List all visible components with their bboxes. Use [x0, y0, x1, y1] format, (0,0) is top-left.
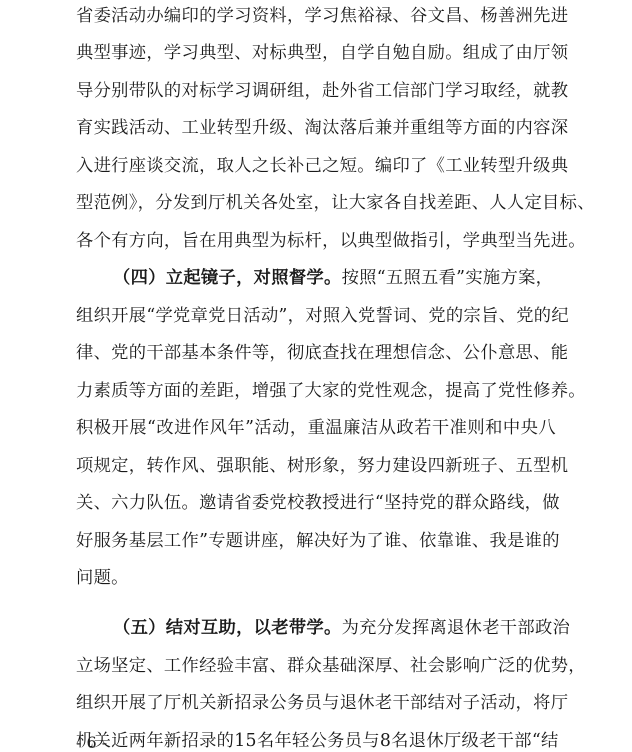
- document-page: 省委活动办编印的学习资料，学习焦裕禄、谷文昌、杨善洲先进 典型事迹，学习典型、对…: [0, 0, 632, 752]
- section-5-heading: （五）结对互助，以老带学。: [113, 618, 342, 638]
- paragraph-line: 项规定，转作风、强职能、树形象，努力建设四新班子、五型机: [76, 451, 556, 481]
- paragraph-line: 组织开展了厅机关新招录公务员与退休老干部结对子活动，将厅: [76, 688, 556, 718]
- paragraph-line: 入进行座谈交流，取人之长补己之短。编印了《工业转型升级典: [76, 151, 556, 181]
- section-5-first-line: （五）结对互助，以老带学。为充分发挥离退休老干部政治: [113, 613, 556, 643]
- section-4-first-line: （四）立起镜子，对照督学。按照“五照五看”实施方案，: [113, 263, 556, 293]
- paragraph-line: 问题。: [76, 563, 556, 593]
- paragraph-line: 律、党的干部基本条件等，彻底查找在理想信念、公仆意思、能: [76, 338, 556, 368]
- section-4-text: 按照“五照五看”实施方案，: [342, 268, 554, 288]
- paragraph-line: 各个有方向，旨在用典型为标杆，以典型做指引，学典型当先进。: [76, 226, 556, 256]
- paragraph-line: 组织开展“学党章党日活动”，对照入党誓词、党的宗旨、党的纪: [76, 301, 556, 331]
- page-number: - 6 -: [76, 731, 107, 752]
- paragraph-line: 省委活动办编印的学习资料，学习焦裕禄、谷文昌、杨善洲先进: [76, 1, 556, 31]
- paragraph-line: 型范例》，分发到厅机关各处室，让大家各自找差距、人人定目标、: [76, 188, 556, 218]
- paragraph-line: 机关近两年新招录的15名年轻公务员与8名退休厅级老干部“结: [76, 726, 556, 752]
- paragraph-line: 育实践活动、工业转型升级、淘汰落后兼并重组等方面的内容深: [76, 113, 556, 143]
- paragraph-line: 典型事迹，学习典型、对标典型，自学自勉自励。组成了由厅领: [76, 38, 556, 68]
- section-5-text: 为充分发挥离退休老干部政治: [342, 618, 571, 638]
- paragraph-line: 立场坚定、工作经验丰富、群众基础深厚、社会影响广泛的优势，: [76, 651, 556, 681]
- paragraph-line: 积极开展“改进作风年”活动，重温廉洁从政若干准则和中央八: [76, 413, 556, 443]
- paragraph-line: 导分别带队的对标学习调研组，赴外省工信部门学习取经，就教: [76, 76, 556, 106]
- paragraph-line: 关、六力队伍。邀请省委党校教授进行“坚持党的群众路线，做: [76, 488, 556, 518]
- paragraph-line: 好服务基层工作”专题讲座，解决好为了谁、依靠谁、我是谁的: [76, 526, 556, 556]
- paragraph-line: 力素质等方面的差距，增强了大家的党性观念，提高了党性修养。: [76, 376, 556, 406]
- section-4-heading: （四）立起镜子，对照督学。: [113, 268, 342, 288]
